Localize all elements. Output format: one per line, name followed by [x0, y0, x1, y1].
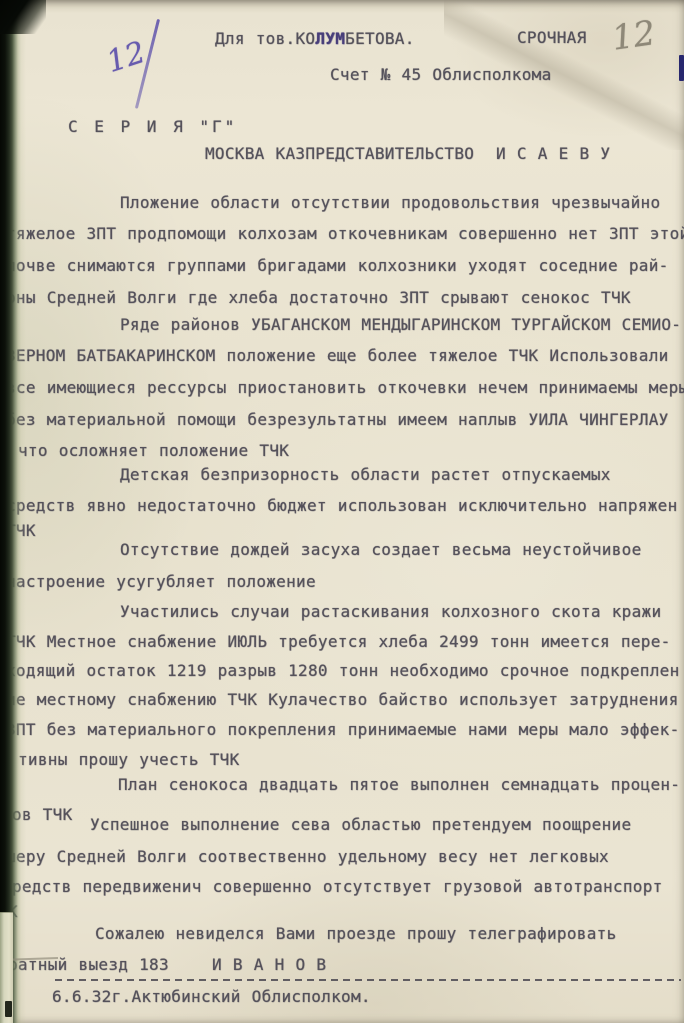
- account-line: Счет № 45 Облисполкома: [330, 66, 552, 84]
- typed-line: ЗПТ без материального покрепления приним…: [6, 721, 680, 739]
- typed-line: Сожалею невиделся Вами проезде прошу тел…: [95, 925, 617, 943]
- telegram-document-page: Для тов.КОЛУМБЕТОВА. СРОЧНАЯ Счет № 45 О…: [0, 0, 684, 1023]
- right-edge-ink-mark: [679, 55, 684, 81]
- typed-line: ие местному снабжению ТЧК Кулачество бай…: [6, 691, 679, 709]
- typed-line: средств передвиженич совершенно отсутств…: [2, 878, 663, 896]
- typed-line: оны Средней Волги где хлеба достаточно З…: [6, 289, 631, 307]
- date-line: 6.6.32г.Актюбинский Облисполком.: [52, 988, 371, 1006]
- addressee-line: Для тов.КОЛУМБЕТОВА.: [215, 30, 415, 48]
- typed-line: Успешное выполнение сева областью претен…: [90, 816, 631, 834]
- typed-line: Участились случаи растаскивания колхозно…: [120, 603, 661, 621]
- bottom-left-ink-mark: [5, 1001, 12, 1017]
- typed-line: шеру Средней Волги соотвественно удельно…: [6, 848, 609, 866]
- handwritten-pencil-number: 12: [609, 13, 657, 59]
- signature-name: И В А Н О В: [212, 956, 326, 974]
- typed-line: все имеющиеся рессурсы приостановить отк…: [6, 379, 684, 397]
- handwritten-pen-number: 12: [103, 35, 150, 80]
- addressee-overstrike: ЛУМ: [315, 29, 345, 48]
- typed-line: ходящий остаток 1219 разрыв 1280 тонн не…: [6, 662, 680, 680]
- typed-line: тяжелое ЗПТ продпомощи колхозам откочевн…: [6, 225, 684, 243]
- typed-line: без материальной помощи безрезультатны и…: [6, 411, 669, 429]
- series-line: С Е Р И Я "Г": [68, 118, 237, 136]
- destination-line: МОСКВА КАЗПРЕДСТАВИТЕЛЬСТВО И С А Е В У: [205, 145, 610, 163]
- typed-line: ЗЕРНОМ БАТБАКАРИНСКОМ положение еще боле…: [6, 347, 669, 365]
- typed-line: ТЧК Местное снабжение ИЮЛЬ требуется хле…: [6, 633, 671, 651]
- typed-line: Детская безпризорность области растет от…: [120, 466, 611, 484]
- binding-edge: [0, 0, 26, 1023]
- addressee-prefix: Для тов.КО: [215, 29, 315, 48]
- typed-line: План сенокоса двадцать пятое выполнен се…: [118, 776, 680, 794]
- typed-line: Ряде районов УБАГАНСКОМ МЕНДЫГАРИНСКОМ Т…: [120, 316, 681, 334]
- binding-corner-shadow: [0, 0, 46, 34]
- typed-line: почве снимаются группами бригадами колхо…: [6, 257, 669, 275]
- typed-line: Отсутствие дождей засуха создает весьма …: [120, 541, 642, 559]
- typed-line: настроение усугубляет положение: [6, 573, 316, 591]
- typed-line: средств явно недостаточно бюджет использ…: [6, 497, 678, 515]
- typed-line: что осложняет положение ТЧК: [18, 442, 289, 460]
- typed-line: Пложение области отсутствии продовольств…: [120, 194, 660, 212]
- addressee-suffix: БЕТОВА.: [345, 29, 415, 48]
- dashed-separator: [55, 979, 681, 981]
- urgency-label: СРОЧНАЯ: [517, 29, 587, 47]
- typed-line: тивны прошу учесть ТЧК: [18, 751, 240, 769]
